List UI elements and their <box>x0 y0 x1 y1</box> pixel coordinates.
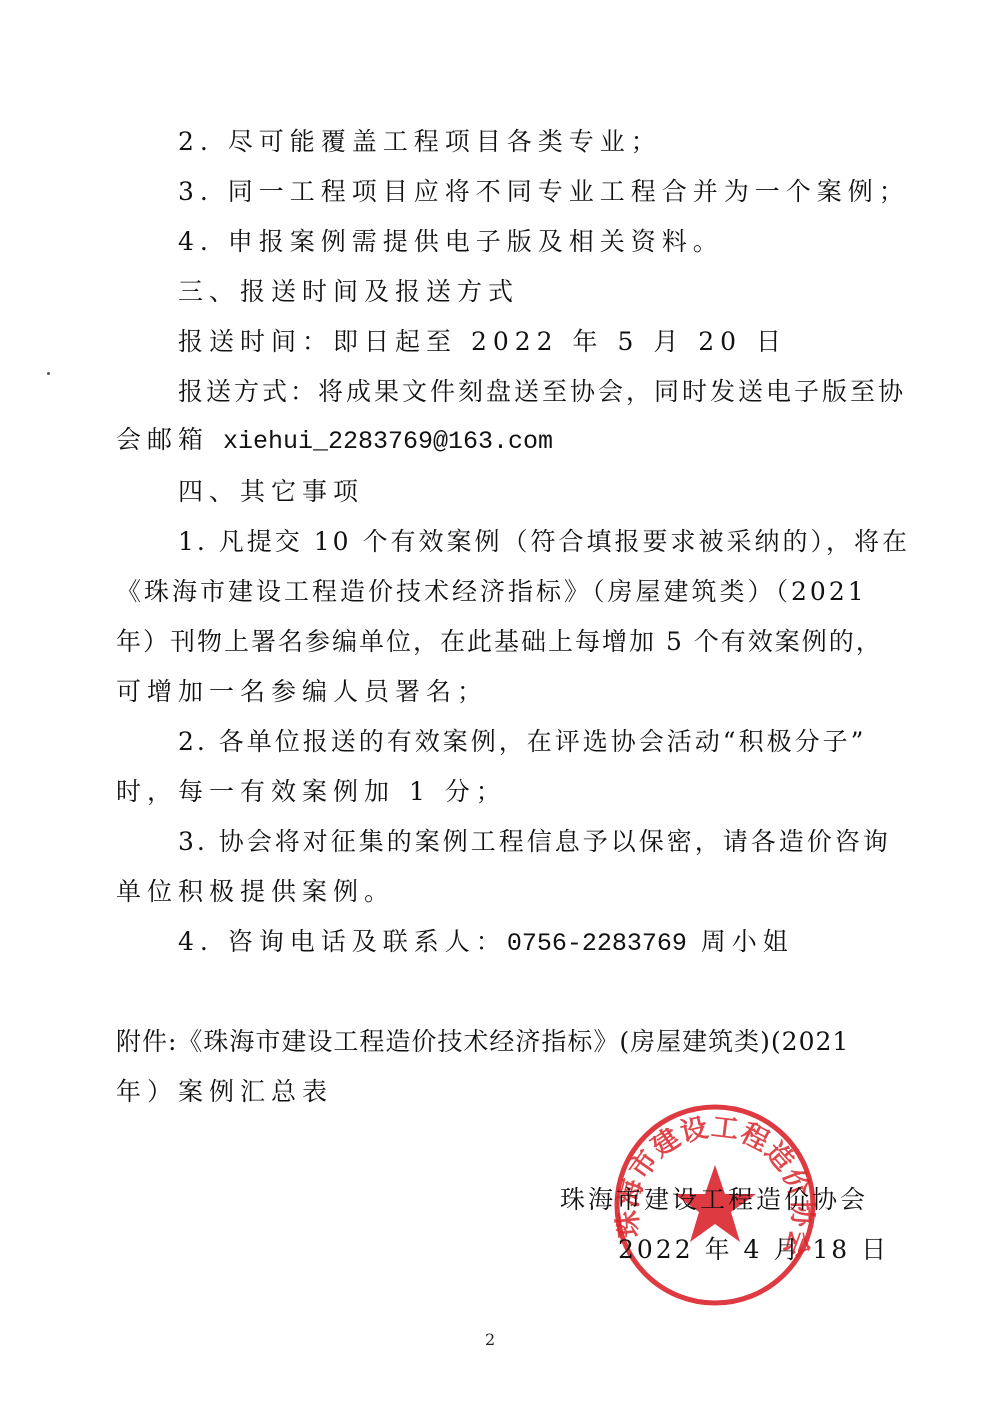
section-4-heading: 四、其它事项 <box>178 477 364 507</box>
signing-date: 2022 年 4 月 18 日 <box>618 1230 889 1266</box>
other-item-2-line-2: 时，每一有效案例加 1 分； <box>116 777 507 807</box>
contact-phone: 0756-2283769 <box>507 929 687 958</box>
section-3-heading: 三、报送时间及报送方式 <box>178 277 519 307</box>
attachment-line-1: 附件:《珠海市建设工程造价技术经济指标》(房屋建筑类)(2021 <box>116 1027 849 1057</box>
other-item-1-line-4: 可增加一名参编人员署名； <box>116 677 488 707</box>
requirement-item-4: 4. 申报案例需提供电子版及相关资料。 <box>178 227 724 257</box>
attachment-line-2: 年）案例汇总表 <box>116 1077 333 1107</box>
submission-email-line: 会邮箱 xiehui_2283769@163.com <box>116 425 553 457</box>
other-item-1-line-1: 1. 凡提交 10 个有效案例（符合填报要求被采纳的），将在 <box>178 527 910 557</box>
requirement-item-3: 3. 同一工程项目应将不同专业工程合并为一个案例； <box>178 177 910 207</box>
contact-person: 周小姐 <box>687 927 794 956</box>
other-item-1-line-3: 年）刊物上署名参编单位，在此基础上每增加 5 个有效案例的， <box>116 627 883 657</box>
email-address[interactable]: xiehui_2283769@163.com <box>223 427 553 456</box>
requirement-item-2: 2. 尽可能覆盖工程项目各类专业； <box>178 127 662 157</box>
other-item-2-line-1: 2. 各单位报送的有效案例，在评选协会活动“积极分子” <box>178 727 866 757</box>
other-item-1-line-2: 《珠海市建设工程造价技术经济指标》（房屋建筑类）（2021 <box>116 577 867 607</box>
scan-artifact-dot <box>47 372 50 375</box>
other-item-4: 4. 咨询电话及联系人：0756-2283769 周小姐 <box>178 927 794 959</box>
email-prefix: 会邮箱 <box>116 425 223 454</box>
submission-method: 报送方式：将成果文件刻盘送至协会，同时发送电子版至协 <box>178 377 906 407</box>
contact-label: 4. 咨询电话及联系人： <box>178 927 507 956</box>
submission-time: 报送时间：即日起至 2022 年 5 月 20 日 <box>178 327 787 357</box>
page-number: 2 <box>485 1330 495 1349</box>
document-page: 2. 尽可能覆盖工程项目各类专业； 3. 同一工程项目应将不同专业工程合并为一个… <box>0 0 1000 1410</box>
signing-organization: 珠海市建设工程造价协会 <box>560 1180 868 1216</box>
other-item-3-line-2: 单位积极提供案例。 <box>116 877 395 907</box>
other-item-3-line-1: 3. 协会将对征集的案例工程信息予以保密，请各造价咨询 <box>178 827 891 857</box>
